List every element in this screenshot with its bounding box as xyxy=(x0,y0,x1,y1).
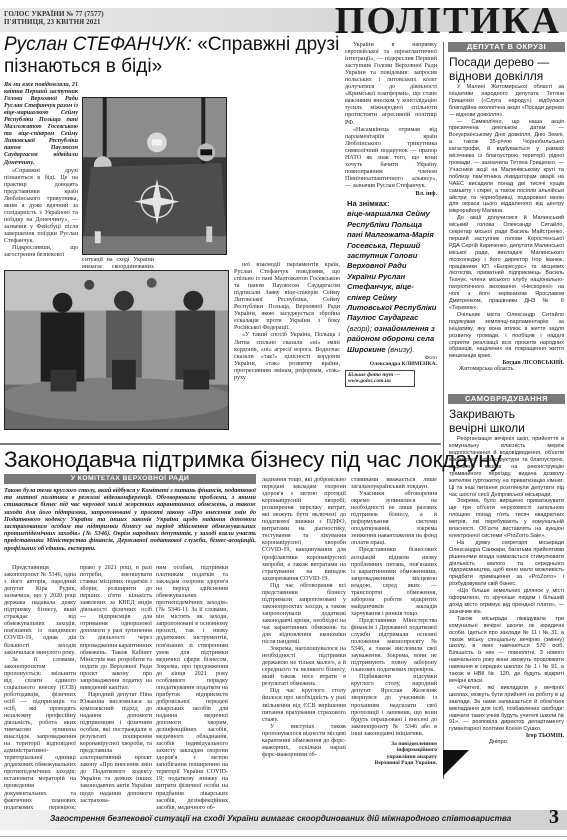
sidebar: ДЕПУТАТ В ОКРУЗІ Посади дерево — віднови… xyxy=(443,42,567,779)
issue-number: ГОЛОС УКРАЇНИ № 77 (7577) xyxy=(4,10,104,18)
paragraph: Представники Міністерства фінансів і Дер… xyxy=(351,618,437,674)
paragraph: «Що більше земельних ділянок у місті офо… xyxy=(449,588,564,616)
paragraph: Учасники обговорення окремо зупинилися н… xyxy=(351,491,437,547)
paragraph: «Справжні друзі пізнаються в біді. Це на… xyxy=(4,168,78,246)
story1-title-line2: віднови довкілля xyxy=(449,69,564,83)
article1-col4: України в напрямку європейської та євроа… xyxy=(345,42,437,387)
headline-author: Руслан СТЕФАНЧУК: xyxy=(4,34,192,55)
article2-col1: Представниця законопроєкт № 5346, одна з… xyxy=(4,565,76,826)
footer-bottom-rule xyxy=(0,836,567,837)
rubric-committees: У КОМІТЕТАХ ВЕРХОВНОЇ РАДИ xyxy=(4,474,256,484)
issue-date: П'ЯТНИЦЯ, 23 КВІТНЯ 2021 xyxy=(4,18,104,26)
article1-signature: Вл. інф. xyxy=(345,191,437,197)
article2-col4: ладнання тощо, які добровільно передані … xyxy=(262,477,346,759)
paragraph: Представники бізнесових асоціацій піднял… xyxy=(351,547,437,617)
headline-quote-2: пізнаються в біді» xyxy=(4,56,162,77)
paragraph: «Учителі, які викладали у вечірніх школа… xyxy=(449,685,564,733)
paragraph: Очільник міста Олександр Ситайло подякув… xyxy=(449,312,564,360)
rubric-deputy-district: ДЕПУТАТ В ОКРУЗІ xyxy=(448,42,565,52)
story2-title-line1: Закривають xyxy=(449,407,564,421)
story2-body: Реорганізація вечірніх шкіл, прийняття в… xyxy=(449,436,564,733)
article1-headline: Руслан СТЕФАНЧУК: «Справжні друзі пізнаю… xyxy=(4,34,349,78)
photo-caption: На знімках: віце-маршалка Сейму Республі… xyxy=(345,199,437,355)
caption-heading: На знімках: xyxy=(347,199,437,209)
paragraph: Зокрема, було вирішено приватизувати ще … xyxy=(449,498,564,539)
photo-shyrokyne-image xyxy=(5,271,228,429)
rubric-self-government: САМОВРЯДУВАННЯ xyxy=(448,394,565,404)
paragraph: У виступах також пропонувалося віднести … xyxy=(262,724,346,759)
page-number: 3 xyxy=(549,806,559,829)
photo-nato-flag-image xyxy=(83,98,226,254)
article2-col5: ставинами вважається лише загальноукраїн… xyxy=(351,477,437,767)
article1-col1-body: «Справжні друзі пізнаються в біді. Це на… xyxy=(4,168,78,260)
corner-triangle-decoration xyxy=(443,750,469,776)
footer-slogan: Загострення безпекової ситуації на сході… xyxy=(50,814,511,823)
story2-title: Закривають вечірні школи xyxy=(449,407,564,435)
article1-col3-body: ної взаємодії парламентів країн, Руслан … xyxy=(234,262,340,382)
photo-credit: Фото Олександра КЛИМЕНКА. xyxy=(345,355,437,368)
paragraph: До акції долучилися й Малинський міський… xyxy=(449,215,564,312)
caption-label-top: (вгорі); xyxy=(347,324,372,333)
paragraph: Підкресливши, що загострення безпекової xyxy=(4,245,78,259)
photo-shyrokyne xyxy=(4,270,229,430)
article1-col1: Як ми вже повідомляли, 21 квітня Перший … xyxy=(4,82,78,259)
paragraph: У Малині Житомирської області за ініціат… xyxy=(449,84,564,119)
paragraph: — Символічно, що наша акція присвячена д… xyxy=(449,119,564,216)
article2-col2: право у 2021 році, в разі потреби, зменш… xyxy=(80,565,152,805)
paragraph: За її словами, законопроєктом пропонуєть… xyxy=(4,657,76,826)
photo-nato-flag xyxy=(82,97,227,255)
section-title: ПОЛІТИКА xyxy=(335,3,561,39)
paragraph: Зокрема, наголошувалося на необхідності … xyxy=(262,646,346,688)
story1-title: Посади дерево — віднови довкілля xyxy=(449,55,564,83)
caption-text-top: віце-маршалка Сейму Республіки Польща па… xyxy=(347,209,436,322)
article1-lead: Як ми вже повідомляли, 21 квітня Перший … xyxy=(4,82,78,167)
paragraph: право у 2021 році, в разі потреби, зменш… xyxy=(80,565,152,692)
paragraph: ної взаємодії парламентів країн, Руслан … xyxy=(234,262,340,332)
article2-top-rule xyxy=(0,443,441,445)
paragraph: України в напрямку європейської та євроа… xyxy=(345,42,437,127)
paragraph: Представниця законопроєкт № 5346, одна з… xyxy=(4,565,76,657)
paragraph: На думку секретаря міськради Олександра … xyxy=(449,540,564,588)
paragraph: «У такий спосіб Україна, Польща і Литва … xyxy=(234,332,340,381)
paragraph: Під час обговорення всі представники біз… xyxy=(262,583,346,646)
paragraph: ставинами вважається лише загальноукраїн… xyxy=(351,477,437,491)
web-promo-box: Більше фото тут — www.golos.com.ua xyxy=(345,370,415,387)
story1-title-line1: Посади дерево — xyxy=(449,55,564,69)
paragraph: Підбиваючи підсумки круглого столу, наро… xyxy=(351,674,437,737)
article1-col4-body: України в напрямку європейської та євроа… xyxy=(345,42,437,190)
paragraph: ним особам, підтримки платникам податків… xyxy=(156,565,228,812)
story2-location: Дніпро. xyxy=(449,739,564,745)
photo-credit-name: Олександра КЛИМЕНКА. xyxy=(345,361,437,367)
paragraph: «Насамкінець отримав від парламентаріїв … xyxy=(345,127,437,190)
story2-title-line2: вечірні школи xyxy=(449,421,564,435)
story1-location: Житомирська область. xyxy=(449,366,564,372)
article2-lead: Такою була тема круглого столу, який від… xyxy=(4,487,256,552)
web-promo-link[interactable]: www.golos.com.ua xyxy=(348,378,412,384)
sidebar-story1: Посади дерево — віднови довкілля У Малин… xyxy=(444,52,567,372)
paragraph: Народний депутат Ніна Южаніна висловилас… xyxy=(80,692,152,805)
paragraph: Також міськрада ліквідувала три комуналь… xyxy=(449,616,564,685)
headline-quote-1: «Справжні друзі xyxy=(197,34,339,55)
paragraph: ладнання тощо, які добровільно передані … xyxy=(262,477,346,583)
article2-headline: Законодавча підтримка бізнесу під час ло… xyxy=(4,447,502,473)
article2-source: За повідомленням інформаційного управлін… xyxy=(351,741,437,767)
story1-body: У Малині Житомирської області за ініціат… xyxy=(449,84,564,360)
caption-label-bottom: (внизу). xyxy=(388,345,415,354)
paragraph: Під час круглого столу йшлося про необхі… xyxy=(262,688,346,723)
article2-col3: ним особам, підтримки платникам податків… xyxy=(156,565,228,812)
issue-info: ГОЛОС УКРАЇНИ № 77 (7577) П'ЯТНИЦЯ, 23 К… xyxy=(4,10,104,26)
